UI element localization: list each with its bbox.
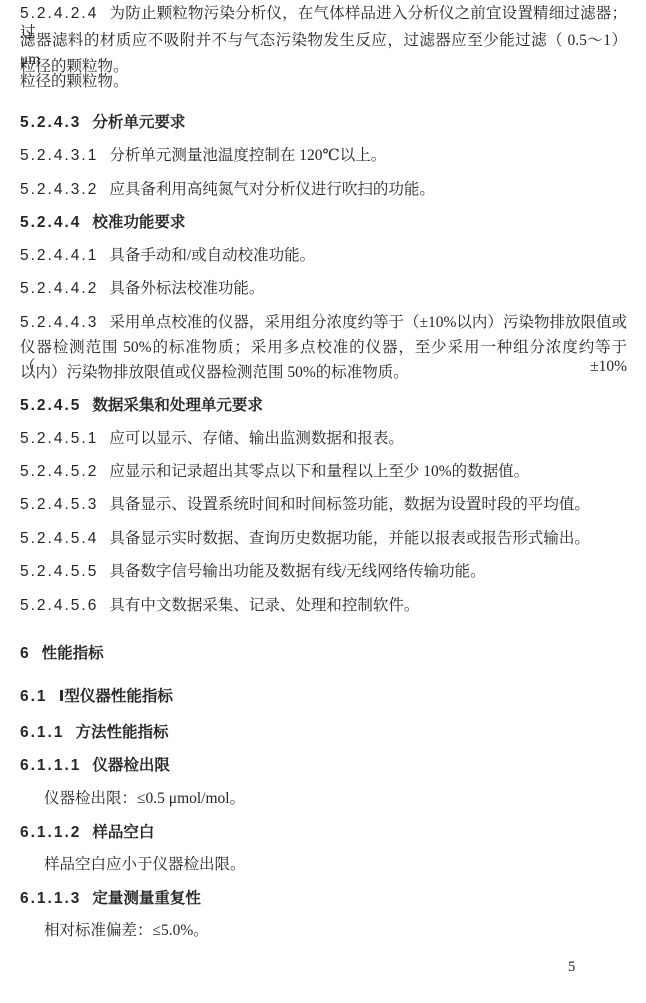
clause-number: 5.2.4.5.3 (20, 496, 109, 513)
section-heading: 6.1Ⅰ型仪器性能指标 (20, 687, 627, 706)
line-text: 方法性能指标 (75, 724, 168, 741)
line-text: 具有中文数据采集、记录、处理和控制软件。 (109, 597, 419, 614)
clause-number: 6.1 (20, 688, 59, 705)
line-text: Ⅰ型仪器性能指标 (59, 688, 173, 705)
indented-body-line: 相对标准偏差：≤5.0%。 (44, 921, 627, 940)
clause-number: 6.1.1 (20, 724, 75, 741)
clause-line: 5.2.4.5.1应可以显示、存储、输出监测数据和报表。 (20, 429, 627, 448)
line-text: 分析单元要求 (92, 114, 185, 131)
clause-line: 5.2.4.5.5具备数字信号输出功能及数据有线/无线网络传输功能。 (20, 562, 627, 581)
line-text: 粒径的颗粒物。 (20, 73, 129, 90)
clause-line: 5.2.4.4.1具备手动和/或自动校准功能。 (20, 246, 627, 265)
clause-line: 5.2.4.3.1分析单元测量池温度控制在 120℃以上。 (20, 146, 627, 165)
section-heading: 6.1.1.3定量测量重复性 (20, 889, 627, 908)
clause-number: 5.2.4.4.1 (20, 247, 109, 264)
line-text: 校准功能要求 (92, 214, 185, 231)
document-page: 5.2.4.2.4为防止颗粒物污染分析仪，在气体样品进入分析仪之前宜设置精细过滤… (0, 0, 646, 1003)
line-text: 相对标准偏差：≤5.0%。 (44, 922, 209, 939)
clause-number: 6.1.1.1 (20, 757, 92, 774)
clause-number: 5.2.4.5.5 (20, 563, 109, 580)
clause-line: 5.2.4.4.2具备外标法校准功能。 (20, 279, 627, 298)
clause-number: 5.2.4.5.2 (20, 463, 109, 480)
section-heading: 6.1.1方法性能指标 (20, 723, 627, 742)
clause-number: 5.2.4.5.4 (20, 530, 109, 547)
indented-body-line: 样品空白应小于仪器检出限。 (44, 855, 627, 874)
clause-number: 5.2.4.5.6 (20, 597, 109, 614)
line-text: 仪器检出限 (92, 757, 170, 774)
section-heading: 5.2.4.5数据采集和处理单元要求 (20, 396, 627, 415)
clause-number: 6.1.1.2 (20, 824, 92, 841)
section-heading: 6.1.1.1仪器检出限 (20, 756, 627, 775)
clause-number: 5.2.4.2.4 (20, 5, 109, 22)
indented-body-line: 仪器检出限：≤0.5 μmol/mol。 (44, 789, 627, 808)
line-text: 分析单元测量池温度控制在 120℃以上。 (109, 147, 386, 164)
line-text: 应显示和记录超出其零点以下和量程以上至少 10%的数据值。 (109, 463, 529, 480)
line-text: 采用单点校准的仪器，采用组分浓度约等于（±10%以内）污染物排放限值或 (109, 314, 627, 331)
line-text: 性能指标 (42, 645, 104, 662)
clause-line: 5.2.4.5.2应显示和记录超出其零点以下和量程以上至少 10%的数据值。 (20, 462, 627, 481)
line-text: 样品空白 (92, 824, 154, 841)
line-text: 应具备利用高纯氮气对分析仪进行吹扫的功能。 (109, 181, 435, 198)
clause-number: 6 (20, 645, 42, 662)
clause-line: 5.2.4.5.3具备显示、设置系统时间和时间标签功能，数据为设置时段的平均值。 (20, 495, 627, 514)
line-text: 应可以显示、存储、输出监测数据和报表。 (109, 430, 404, 447)
clause-number: 5.2.4.5 (20, 397, 92, 414)
clause-number: 5.2.4.4.2 (20, 280, 109, 297)
clause-number: 6.1.1.3 (20, 890, 92, 907)
clause-number: 5.2.4.5.1 (20, 430, 109, 447)
line-text: 定量测量重复性 (92, 890, 201, 907)
line-text: 数据采集和处理单元要求 (92, 397, 263, 414)
clause-line: 5.2.4.5.4具备显示实时数据、查询历史数据功能，并能以报表或报告形式输出。 (20, 529, 627, 548)
clause-line: 5.2.4.5.6具有中文数据采集、记录、处理和控制软件。 (20, 596, 627, 615)
chapter-heading: 6性能指标 (20, 644, 627, 663)
clause-number: 5.2.4.3.1 (20, 147, 109, 164)
clause-line: 5.2.4.3.2应具备利用高纯氮气对分析仪进行吹扫的功能。 (20, 180, 627, 199)
section-heading: 5.2.4.3分析单元要求 (20, 113, 627, 132)
page-number: 5 (568, 959, 575, 976)
section-heading: 5.2.4.4校准功能要求 (20, 213, 627, 232)
clause-number: 5.2.4.4 (20, 214, 92, 231)
clause-line: 5.2.4.4.3采用单点校准的仪器，采用组分浓度约等于（±10%以内）污染物排… (20, 313, 627, 332)
clause-number: 5.2.4.4.3 (20, 314, 109, 331)
line-text: 具备外标法校准功能。 (109, 280, 264, 297)
continuation-line: 粒径的颗粒物。 (20, 72, 627, 91)
line-text: 以内）污染物排放限值或仪器检测范围 50%的标准物质。 (20, 364, 409, 381)
line-text: 仪器检出限：≤0.5 μmol/mol。 (44, 790, 245, 807)
line-text: 具备数字信号输出功能及数据有线/无线网络传输功能。 (109, 563, 485, 580)
line-text: 具备显示实时数据、查询历史数据功能，并能以报表或报告形式输出。 (109, 530, 590, 547)
line-text: 具备显示、设置系统时间和时间标签功能，数据为设置时段的平均值。 (109, 496, 590, 513)
section-heading: 6.1.1.2样品空白 (20, 823, 627, 842)
continuation-line: 以内）污染物排放限值或仪器检测范围 50%的标准物质。 (20, 363, 627, 382)
clause-number: 5.2.4.3 (20, 114, 92, 131)
line-text: 样品空白应小于仪器检出限。 (44, 856, 246, 873)
line-text: 具备手动和/或自动校准功能。 (109, 247, 315, 264)
clause-number: 5.2.4.3.2 (20, 181, 109, 198)
